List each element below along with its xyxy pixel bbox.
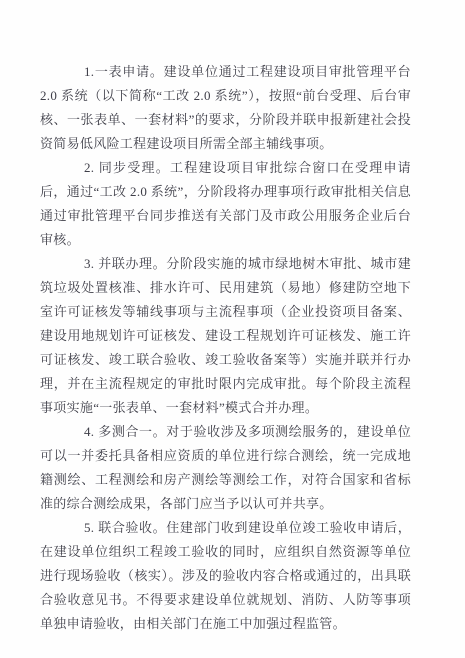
document-page: 1.一表申请。建设单位通过工程建设项目审批管理平台 2.0 系统（以下简称“工改… bbox=[0, 0, 465, 658]
paragraph-3-parallel-processing: 3. 并联办理。分阶段实施的城市绿地树木审批、城市建筑垃圾处置核准、排水许可、民… bbox=[40, 252, 411, 420]
paragraph-4-unified-surveying: 4. 多测合一。对于验收涉及多项测绘服务的，建设单位可以一并委托具备相应资质的单… bbox=[40, 420, 411, 516]
paragraph-1-one-form-application: 1.一表申请。建设单位通过工程建设项目审批管理平台 2.0 系统（以下简称“工改… bbox=[40, 60, 411, 156]
paragraph-5-joint-inspection: 5. 联合验收。住建部门收到建设单位竣工验收申请后，在建设单位组织工程竣工验收的… bbox=[40, 516, 411, 636]
paragraph-2-synchronized-acceptance: 2. 同步受理。工程建设项目审批综合窗口在受理申请后，通过“工改 2.0 系统”… bbox=[40, 156, 411, 252]
